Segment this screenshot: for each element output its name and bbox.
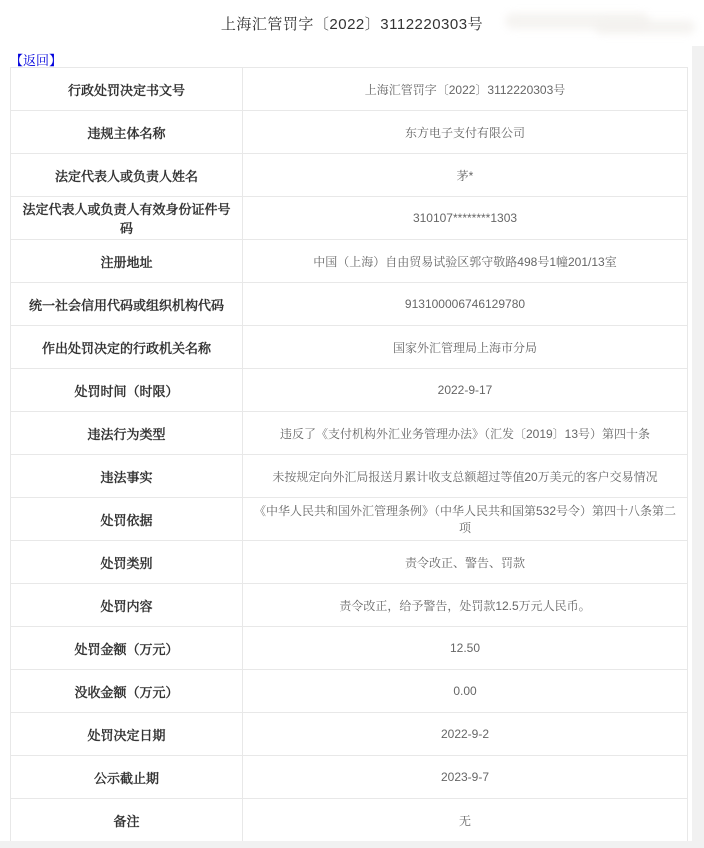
table-row: 统一社会信用代码或组织机构代码 913100006746129780 [11, 283, 688, 326]
row-label: 违法行为类型 [11, 412, 243, 455]
back-link[interactable]: 【返回】 [10, 53, 62, 68]
row-value: 2022-9-2 [243, 713, 688, 756]
row-value: 未按规定向外汇局报送月累计收支总额超过等值20万美元的客户交易情况 [243, 455, 688, 498]
table-row: 公示截止期 2023-9-7 [11, 756, 688, 799]
row-label: 处罚金额（万元） [11, 627, 243, 670]
row-value: 2023-9-7 [243, 756, 688, 799]
row-label: 处罚类别 [11, 541, 243, 584]
table-row: 违法行为类型 违反了《支付机构外汇业务管理办法》（汇发〔2019〕13号）第四十… [11, 412, 688, 455]
row-label: 违规主体名称 [11, 111, 243, 154]
row-label: 作出处罚决定的行政机关名称 [11, 326, 243, 369]
row-value: 310107********1303 [243, 197, 688, 240]
page-title: 上海汇管罚字〔2022〕3112220303号 [0, 13, 704, 34]
row-value: 责令改正，给予警告，处罚款12.5万元人民币。 [243, 584, 688, 627]
table-row: 处罚依据 《中华人民共和国外汇管理条例》（中华人民共和国第532号令）第四十八条… [11, 498, 688, 541]
penalty-disclosure-page: 上海汇管罚字〔2022〕3112220303号 【返回】 行政处罚决定书文号 上… [0, 0, 704, 848]
table-row: 作出处罚决定的行政机关名称 国家外汇管理局上海市分局 [11, 326, 688, 369]
row-value: 东方电子支付有限公司 [243, 111, 688, 154]
row-label: 没收金额（万元） [11, 670, 243, 713]
content-area: 【返回】 行政处罚决定书文号 上海汇管罚字〔2022〕3112220303号 违… [0, 46, 692, 841]
row-label: 处罚决定日期 [11, 713, 243, 756]
table-row: 违规主体名称 东方电子支付有限公司 [11, 111, 688, 154]
row-label: 法定代表人或负责人姓名 [11, 154, 243, 197]
row-label: 处罚时间（时限） [11, 369, 243, 412]
back-link-row: 【返回】 [0, 46, 692, 67]
row-label: 备注 [11, 799, 243, 842]
row-label: 注册地址 [11, 240, 243, 283]
right-gutter [692, 46, 704, 841]
row-value: 茅* [243, 154, 688, 197]
table-row: 法定代表人或负责人有效身份证件号码 310107********1303 [11, 197, 688, 240]
row-value: 无 [243, 799, 688, 842]
row-label: 违法事实 [11, 455, 243, 498]
table-row: 处罚类别 责令改正、警告、罚款 [11, 541, 688, 584]
table-row: 处罚金额（万元） 12.50 [11, 627, 688, 670]
table-row: 没收金额（万元） 0.00 [11, 670, 688, 713]
bottom-gutter [0, 841, 704, 848]
row-label: 行政处罚决定书文号 [11, 68, 243, 111]
row-value: 2022-9-17 [243, 369, 688, 412]
row-value: 12.50 [243, 627, 688, 670]
table-row: 违法事实 未按规定向外汇局报送月累计收支总额超过等值20万美元的客户交易情况 [11, 455, 688, 498]
row-label: 处罚依据 [11, 498, 243, 541]
table-row: 法定代表人或负责人姓名 茅* [11, 154, 688, 197]
row-label: 统一社会信用代码或组织机构代码 [11, 283, 243, 326]
table-row: 备注 无 [11, 799, 688, 842]
row-label: 法定代表人或负责人有效身份证件号码 [11, 197, 243, 240]
table-row: 注册地址 中国（上海）自由贸易试验区郭守敬路498号1幢201/13室 [11, 240, 688, 283]
table-row: 处罚时间（时限） 2022-9-17 [11, 369, 688, 412]
row-value: 《中华人民共和国外汇管理条例》（中华人民共和国第532号令）第四十八条第二项 [243, 498, 688, 541]
row-value: 中国（上海）自由贸易试验区郭守敬路498号1幢201/13室 [243, 240, 688, 283]
table-row: 处罚决定日期 2022-9-2 [11, 713, 688, 756]
table-row: 处罚内容 责令改正，给予警告，处罚款12.5万元人民币。 [11, 584, 688, 627]
row-value: 0.00 [243, 670, 688, 713]
row-value: 责令改正、警告、罚款 [243, 541, 688, 584]
row-value: 违反了《支付机构外汇业务管理办法》（汇发〔2019〕13号）第四十条 [243, 412, 688, 455]
row-label: 公示截止期 [11, 756, 243, 799]
table-row: 行政处罚决定书文号 上海汇管罚字〔2022〕3112220303号 [11, 68, 688, 111]
row-value: 上海汇管罚字〔2022〕3112220303号 [243, 68, 688, 111]
title-band: 上海汇管罚字〔2022〕3112220303号 [0, 0, 704, 46]
row-label: 处罚内容 [11, 584, 243, 627]
penalty-info-table: 行政处罚决定书文号 上海汇管罚字〔2022〕3112220303号 违规主体名称… [10, 67, 688, 842]
row-value: 913100006746129780 [243, 283, 688, 326]
row-value: 国家外汇管理局上海市分局 [243, 326, 688, 369]
